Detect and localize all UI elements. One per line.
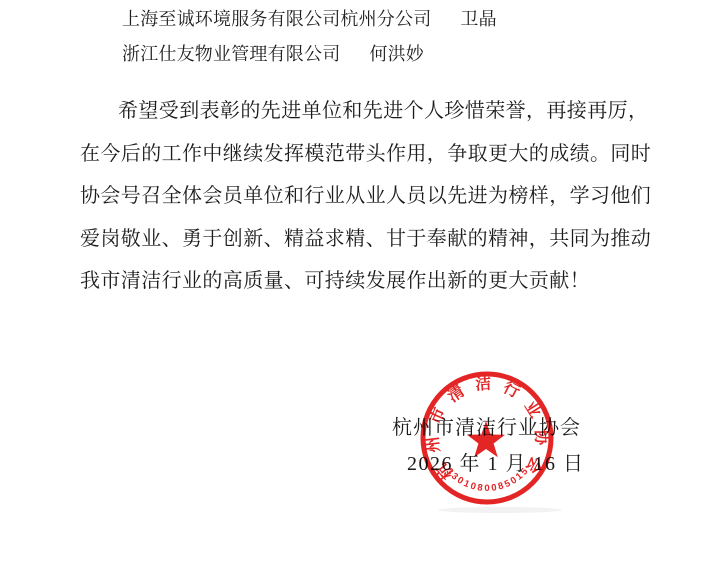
seal-shadow (438, 507, 562, 513)
body-line: 在今后的工作中继续发挥模范带头作用，争取更大的成绩。同时 (80, 133, 665, 176)
document-page: 上海至诚环境服务有限公司杭州分公司卫晶 浙江仕友物业管理有限公司何洪妙 希望受到… (0, 0, 707, 585)
recipient-name: 卫晶 (460, 9, 496, 29)
body-line: 爱岗敬业、勇于创新、精益求精、甘于奉献的精神，共同为推动 (80, 218, 665, 261)
recipient-row: 浙江仕友物业管理有限公司何洪妙 (122, 43, 424, 65)
recipient-row: 上海至诚环境服务有限公司杭州分公司卫晶 (122, 8, 497, 30)
seal-ring-char: 协 (532, 428, 548, 446)
recipient-name: 何洪妙 (369, 44, 424, 64)
body-line: 希望受到表彰的先进单位和先进个人珍惜荣誉，再接再厉， (80, 90, 665, 133)
recipient-company: 浙江仕友物业管理有限公司 (122, 44, 340, 64)
body-line: 协会号召全体会员单位和行业从业人员以先进为榜样，学习他们 (80, 175, 665, 218)
seal-ring-char: 州 (425, 435, 443, 455)
recipient-company: 上海至诚环境服务有限公司杭州分公司 (122, 9, 431, 29)
seal-ring-char: 洁 (474, 377, 493, 394)
body-line: 我市清洁行业的高质量、可持续发展作出新的更大贡献！ (80, 260, 665, 303)
seal-star-icon (467, 421, 505, 457)
official-seal: 杭州市清洁行业协会 3301080085015 (419, 370, 555, 506)
body-paragraph: 希望受到表彰的先进单位和先进个人珍惜荣誉，再接再厉， 在今后的工作中继续发挥模范… (80, 90, 665, 303)
